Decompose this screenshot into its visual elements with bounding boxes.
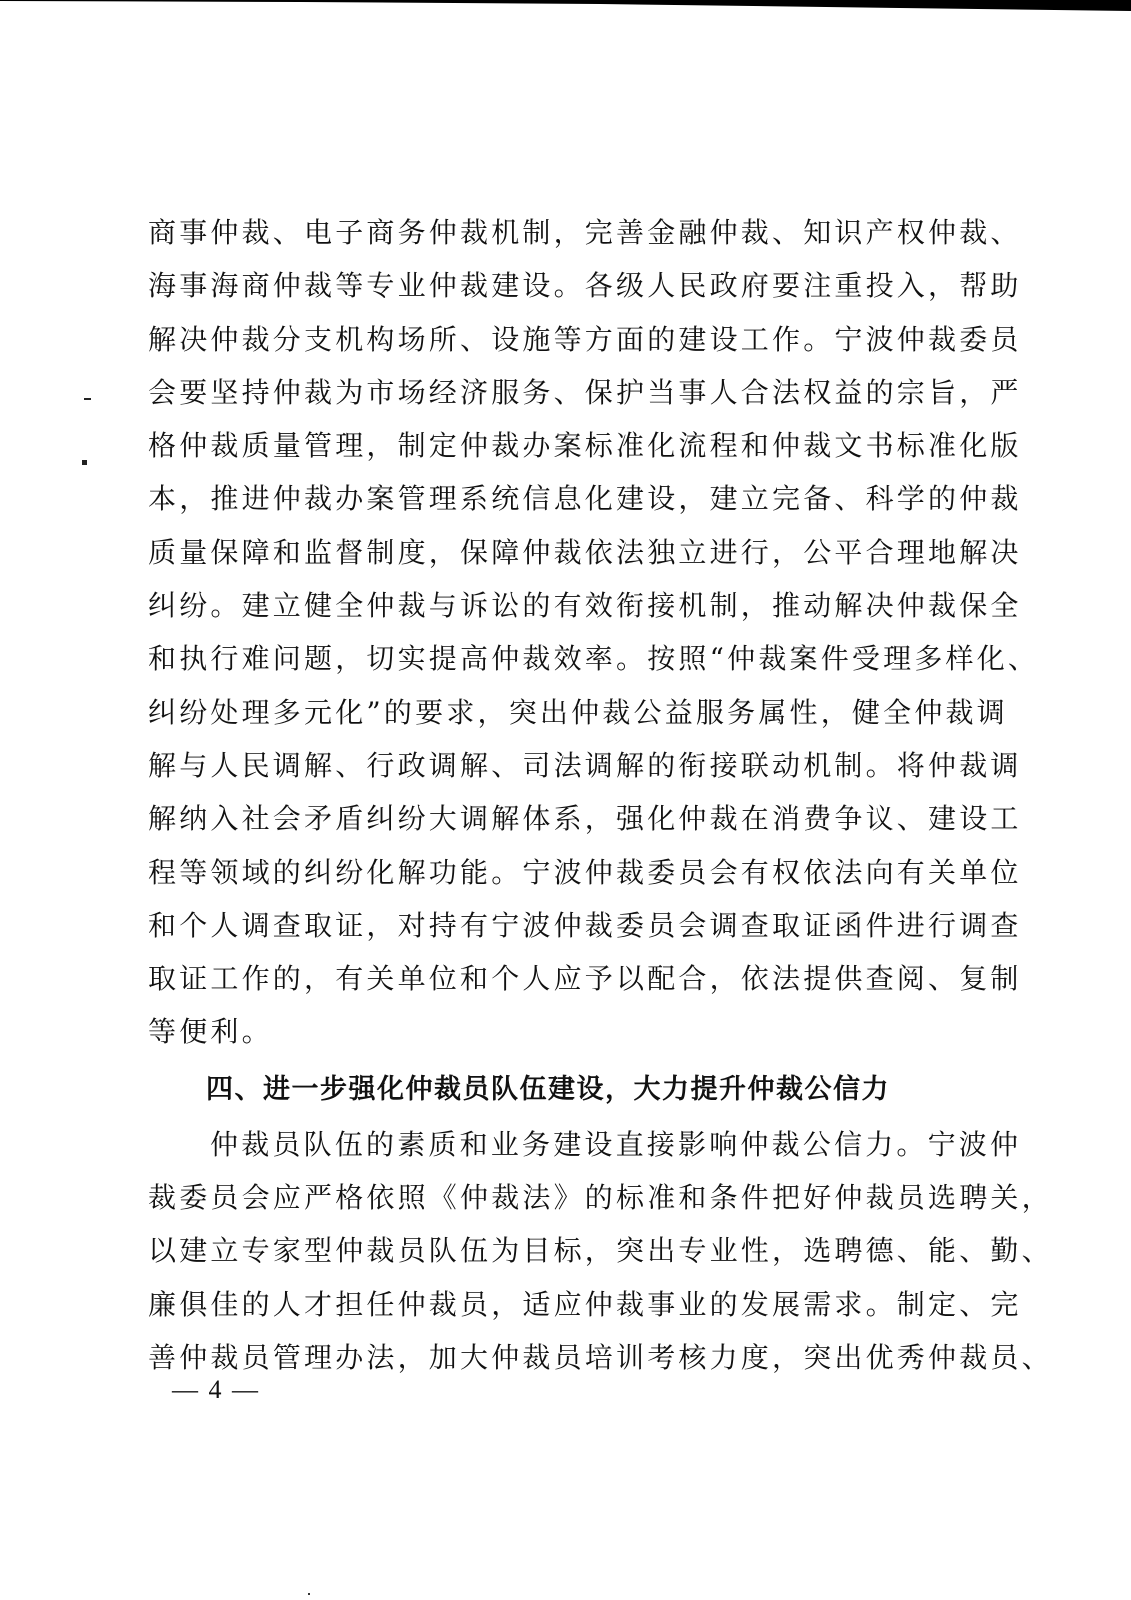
section-paragraph: 仲裁员队伍的素质和业务建设直接影响仲裁公信力。宁波仲 裁委员会应严格依照《仲裁法… (148, 1118, 948, 1384)
text-line: 纠纷处理多元化”的要求，突出仲裁公益服务属性，健全仲裁调 (148, 686, 948, 739)
margin-dot-mark (82, 460, 87, 465)
section-heading: 四、进一步强化仲裁员队伍建设，大力提升仲裁公信力 (148, 1062, 948, 1118)
continuation-paragraph: 商事仲裁、电子商务仲裁机制，完善金融仲裁、知识产权仲裁、 海事海商仲裁等专业仲裁… (148, 206, 948, 1059)
text-line: 质量保障和监督制度，保障仲裁依法独立进行，公平合理地解决 (148, 526, 948, 579)
margin-dash-mark (84, 398, 91, 400)
scan-speck (308, 1593, 310, 1595)
text-line: 裁委员会应严格依照《仲裁法》的标准和条件把好仲裁员选聘关， (148, 1171, 948, 1224)
text-line: 和执行难问题，切实提高仲裁效率。按照“仲裁案件受理多样化、 (148, 632, 948, 685)
text-line: 善仲裁员管理办法，加大仲裁员培训考核力度，突出优秀仲裁员、 (148, 1331, 948, 1384)
text-line: 解纳入社会矛盾纠纷大调解体系，强化仲裁在消费争议、建设工 (148, 792, 948, 845)
document-body: 商事仲裁、电子商务仲裁机制，完善金融仲裁、知识产权仲裁、 海事海商仲裁等专业仲裁… (148, 206, 948, 1384)
text-line: 程等领域的纠纷化解功能。宁波仲裁委员会有权依法向有关单位 (148, 846, 948, 899)
text-line: 以建立专家型仲裁员队伍为目标，突出专业性，选聘德、能、勤、 (148, 1224, 948, 1277)
text-line: 解与人民调解、行政调解、司法调解的衔接联动机制。将仲裁调 (148, 739, 948, 792)
page-number: — 4 — (172, 1375, 260, 1405)
text-line: 纠纷。建立健全仲裁与诉讼的有效衔接机制，推动解决仲裁保全 (148, 579, 948, 632)
text-line: 本，推进仲裁办案管理系统信息化建设，建立完备、科学的仲裁 (148, 472, 948, 525)
text-line: 等便利。 (148, 1005, 948, 1058)
text-line: 海事海商仲裁等专业仲裁建设。各级人民政府要注重投入，帮助 (148, 259, 948, 312)
text-line: 取证工作的，有关单位和个人应予以配合，依法提供查阅、复制 (148, 952, 948, 1005)
scan-top-edge (0, 0, 1131, 14)
text-line: 解决仲裁分支机构场所、设施等方面的建设工作。宁波仲裁委员 (148, 313, 948, 366)
text-line: 和个人调查取证，对持有宁波仲裁委员会调查取证函件进行调查 (148, 899, 948, 952)
text-line: 商事仲裁、电子商务仲裁机制，完善金融仲裁、知识产权仲裁、 (148, 206, 948, 259)
text-line: 仲裁员队伍的素质和业务建设直接影响仲裁公信力。宁波仲 (148, 1118, 948, 1171)
text-line: 格仲裁质量管理，制定仲裁办案标准化流程和仲裁文书标准化版 (148, 419, 948, 472)
text-line: 廉俱佳的人才担任仲裁员，适应仲裁事业的发展需求。制定、完 (148, 1278, 948, 1331)
text-line: 会要坚持仲裁为市场经济服务、保护当事人合法权益的宗旨，严 (148, 366, 948, 419)
